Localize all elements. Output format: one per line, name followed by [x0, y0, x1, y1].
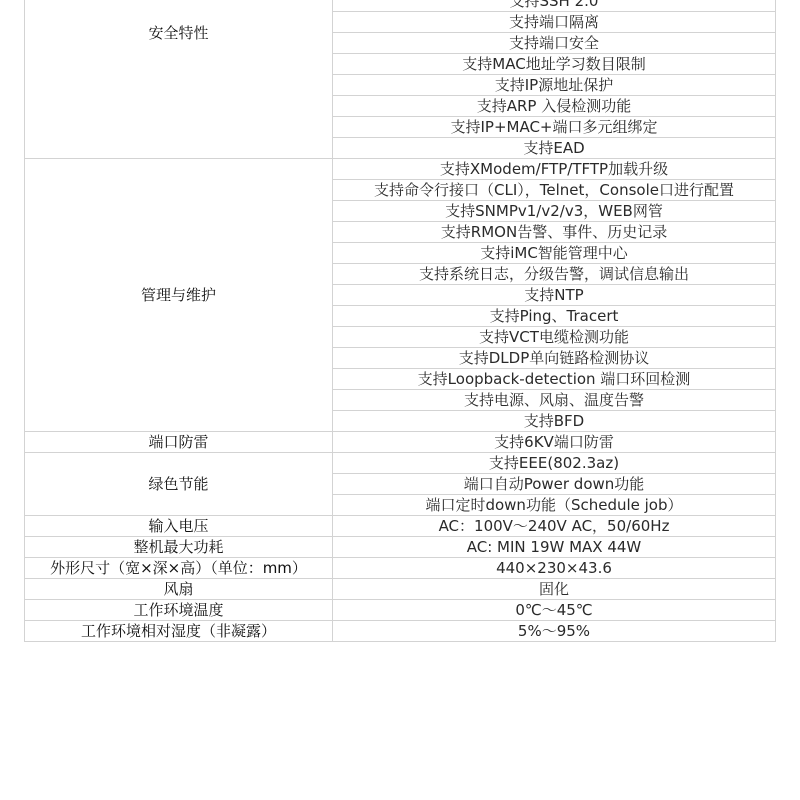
value-cell: 支持电源、风扇、温度告警	[333, 390, 776, 411]
category-cell: 整机最大功耗	[25, 537, 333, 558]
value-cell: 支持MAC地址学习数目限制	[333, 54, 776, 75]
table-row: 外形尺寸（宽×深×高）（单位：mm） 440×230×43.6	[25, 558, 776, 579]
value-cell: 支持Loopback-detection 端口环回检测	[333, 369, 776, 390]
category-cell: 输入电压	[25, 516, 333, 537]
category-cell: 外形尺寸（宽×深×高）（单位：mm）	[25, 558, 333, 579]
value-cell: 支持XModem/FTP/TFTP加载升级	[333, 159, 776, 180]
value-cell: 支持VCT电缆检测功能	[333, 327, 776, 348]
value-cell: 支持命令行接口（CLI），Telnet，Console口进行配置	[333, 180, 776, 201]
category-cell: 风扇	[25, 579, 333, 600]
value-cell: 支持系统日志，分级告警，调试信息输出	[333, 264, 776, 285]
table-row: 风扇 固化	[25, 579, 776, 600]
value-cell: 支持IP源地址保护	[333, 75, 776, 96]
value-cell: 支持SSH 2.0	[333, 0, 776, 12]
spec-table-body: 安全特性 支持SSH 2.0 支持端口隔离 支持端口安全 支持MAC地址学习数目…	[25, 0, 776, 642]
value-cell: 440×230×43.6	[333, 558, 776, 579]
value-cell: 支持RMON告警、事件、历史记录	[333, 222, 776, 243]
table-row: 绿色节能 支持EEE(802.3az)	[25, 453, 776, 474]
category-cell: 端口防雷	[25, 432, 333, 453]
value-cell: AC：100V～240V AC，50/60Hz	[333, 516, 776, 537]
value-cell: 支持EAD	[333, 138, 776, 159]
value-cell: 5%～95%	[333, 621, 776, 642]
category-cell: 绿色节能	[25, 453, 333, 516]
value-cell: 支持端口安全	[333, 33, 776, 54]
value-cell: 支持BFD	[333, 411, 776, 432]
value-cell: 支持IP+MAC+端口多元组绑定	[333, 117, 776, 138]
category-cell: 安全特性	[25, 0, 333, 159]
value-cell: 固化	[333, 579, 776, 600]
table-row: 端口防雷 支持6KV端口防雷	[25, 432, 776, 453]
value-cell: 支持EEE(802.3az)	[333, 453, 776, 474]
value-cell: 支持DLDP单向链路检测协议	[333, 348, 776, 369]
table-row: 输入电压 AC：100V～240V AC，50/60Hz	[25, 516, 776, 537]
value-cell: 端口自动Power down功能	[333, 474, 776, 495]
value-cell: 支持ARP 入侵检测功能	[333, 96, 776, 117]
table-row: 工作环境温度 0℃～45℃	[25, 600, 776, 621]
category-cell: 管理与维护	[25, 159, 333, 432]
value-cell: 端口定时down功能（Schedule job）	[333, 495, 776, 516]
spec-table: 安全特性 支持SSH 2.0 支持端口隔离 支持端口安全 支持MAC地址学习数目…	[24, 0, 776, 642]
value-cell: 0℃～45℃	[333, 600, 776, 621]
value-cell: AC: MIN 19W MAX 44W	[333, 537, 776, 558]
category-cell: 工作环境相对湿度（非凝露）	[25, 621, 333, 642]
value-cell: 支持端口隔离	[333, 12, 776, 33]
value-cell: 支持iMC智能管理中心	[333, 243, 776, 264]
table-row: 管理与维护 支持XModem/FTP/TFTP加载升级	[25, 159, 776, 180]
table-row: 整机最大功耗 AC: MIN 19W MAX 44W	[25, 537, 776, 558]
table-row: 工作环境相对湿度（非凝露） 5%～95%	[25, 621, 776, 642]
value-cell: 支持SNMPv1/v2/v3，WEB网管	[333, 201, 776, 222]
category-cell: 工作环境温度	[25, 600, 333, 621]
value-cell: 支持Ping、Tracert	[333, 306, 776, 327]
value-cell: 支持NTP	[333, 285, 776, 306]
value-cell: 支持6KV端口防雷	[333, 432, 776, 453]
